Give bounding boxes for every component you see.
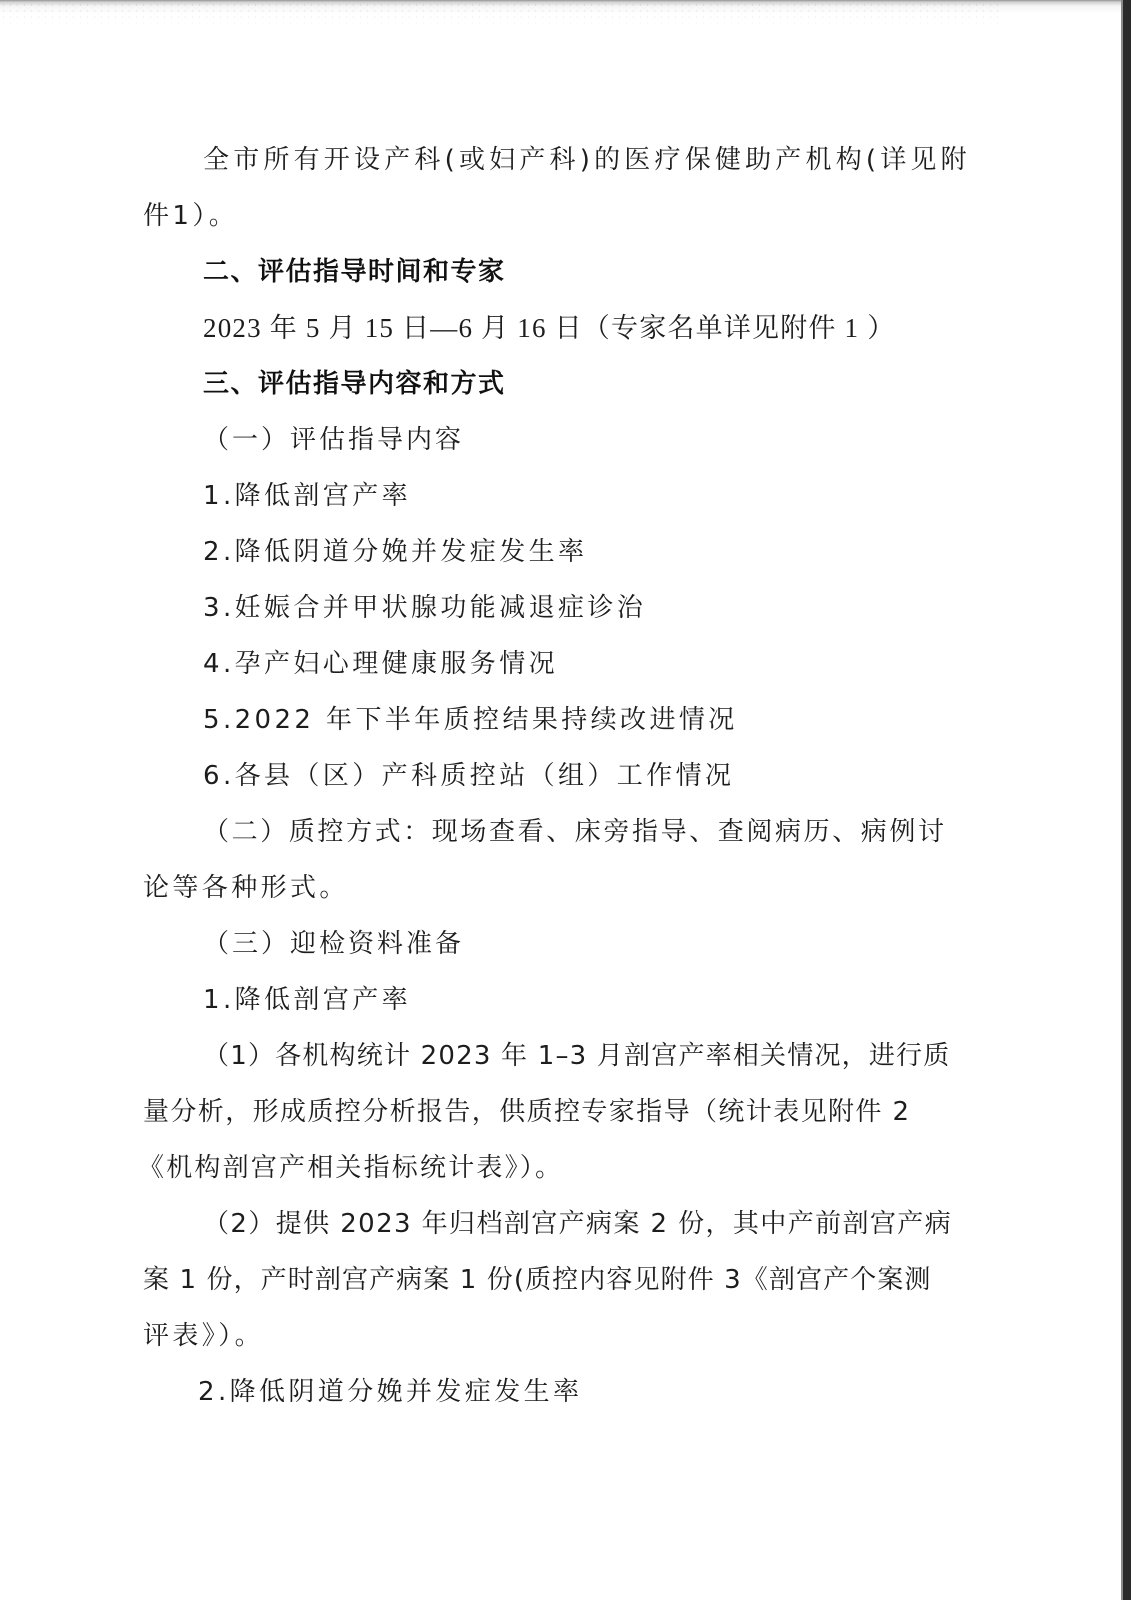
prep-item-1-1-line-3: 《机构剖宫产相关指标统计表》）。: [138, 1152, 563, 1184]
content-item-3: 3.妊娠合并甲状腺功能减退症诊治: [203, 592, 646, 624]
scope-line-2: 件1）。: [143, 200, 238, 232]
prep-item-1-2-line-1: （2）提供 2023 年归档剖宫产病案 2 份，其中产前剖宫产病: [203, 1208, 952, 1240]
content-item-2: 2.降低阴道分娩并发症发生率: [203, 536, 587, 568]
section-two-heading: 二、评估指导时间和专家: [203, 256, 506, 288]
content-item-6: 6.各县（区）产科质控站（组）工作情况: [203, 760, 734, 792]
section-two-dates: 2023 年 5 月 15 日—6 月 16 日（专家名单详见附件 1 ）: [203, 312, 895, 344]
content-item-1: 1.降低剖宫产率: [203, 480, 411, 512]
prep-item-1-2-line-3: 评表》）。: [143, 1320, 264, 1352]
section-three-heading: 三、评估指导内容和方式: [203, 368, 506, 400]
content-item-5: 5.2022 年下半年质控结果持续改进情况: [203, 704, 738, 736]
prep-item-2-title: 2.降低阴道分娩并发症发生率: [198, 1376, 582, 1408]
prep-item-1-1-line-1: （1）各机构统计 2023 年 1–3 月剖宫产率相关情况，进行质: [203, 1040, 950, 1072]
scope-line-1: 全市所有开设产科(或妇产科)的医疗保健助产机构(详见附: [203, 144, 971, 176]
subsection-three-heading: （三）迎检资料准备: [203, 928, 464, 960]
subsection-two-line-2: 论等各种形式。: [143, 872, 349, 904]
prep-item-1-2-line-2: 案 1 份，产时剖宫产病案 1 份(质控内容见附件 3《剖宫产个案测: [143, 1264, 932, 1296]
subsection-two-line-1: （二）质控方式：现场查看、床旁指导、查阅病历、病例讨: [203, 816, 947, 848]
prep-item-1-title: 1.降低剖宫产率: [203, 984, 411, 1016]
prep-item-1-1-line-2: 量分析，形成质控分析报告，供质控专家指导（统计表见附件 2: [143, 1096, 910, 1128]
scan-right-edge: [1123, 0, 1131, 1600]
document-page: 全市所有开设产科(或妇产科)的医疗保健助产机构(详见附 件1）。 二、评估指导时…: [0, 0, 1131, 1600]
subsection-one-heading: （一）评估指导内容: [203, 424, 464, 456]
content-item-4: 4.孕产妇心理健康服务情况: [203, 648, 558, 680]
scan-noise: [0, 2, 1000, 32]
